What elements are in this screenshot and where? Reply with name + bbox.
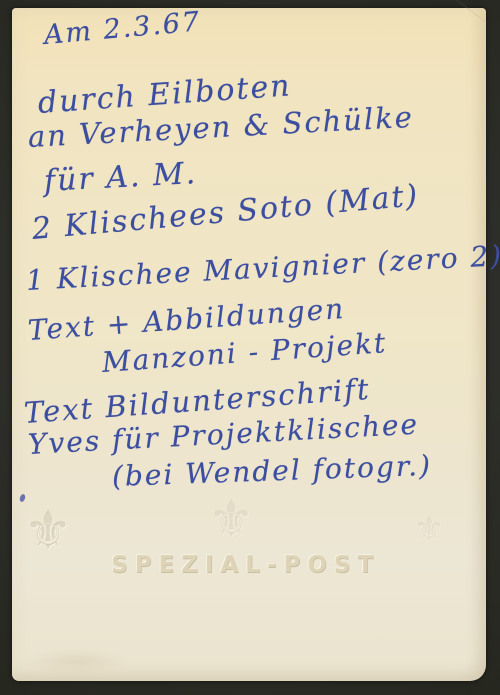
note-line: für A. M. [43,156,198,199]
fleur-de-lis-watermark-icon: ⚜ [24,504,72,558]
crest-watermark-icon: ⚜ [208,494,255,546]
fleur-de-lis-watermark-icon: ⚜ [414,512,444,546]
paper-crease [434,0,492,27]
note-line: 1 Klischee Mavignier (zero 2) [25,239,500,297]
scan-background: Am 2.3.67 durch Eilboten an Verheyen & S… [0,0,500,695]
note-line: (bei Wendel fotogr.) [111,449,432,493]
note-paper: Am 2.3.67 durch Eilboten an Verheyen & S… [12,8,486,681]
paper-smudge [22,648,132,674]
note-line-date: Am 2.3.67 [43,6,203,51]
spezial-post-watermark: SPEZIAL-POST [111,552,380,578]
